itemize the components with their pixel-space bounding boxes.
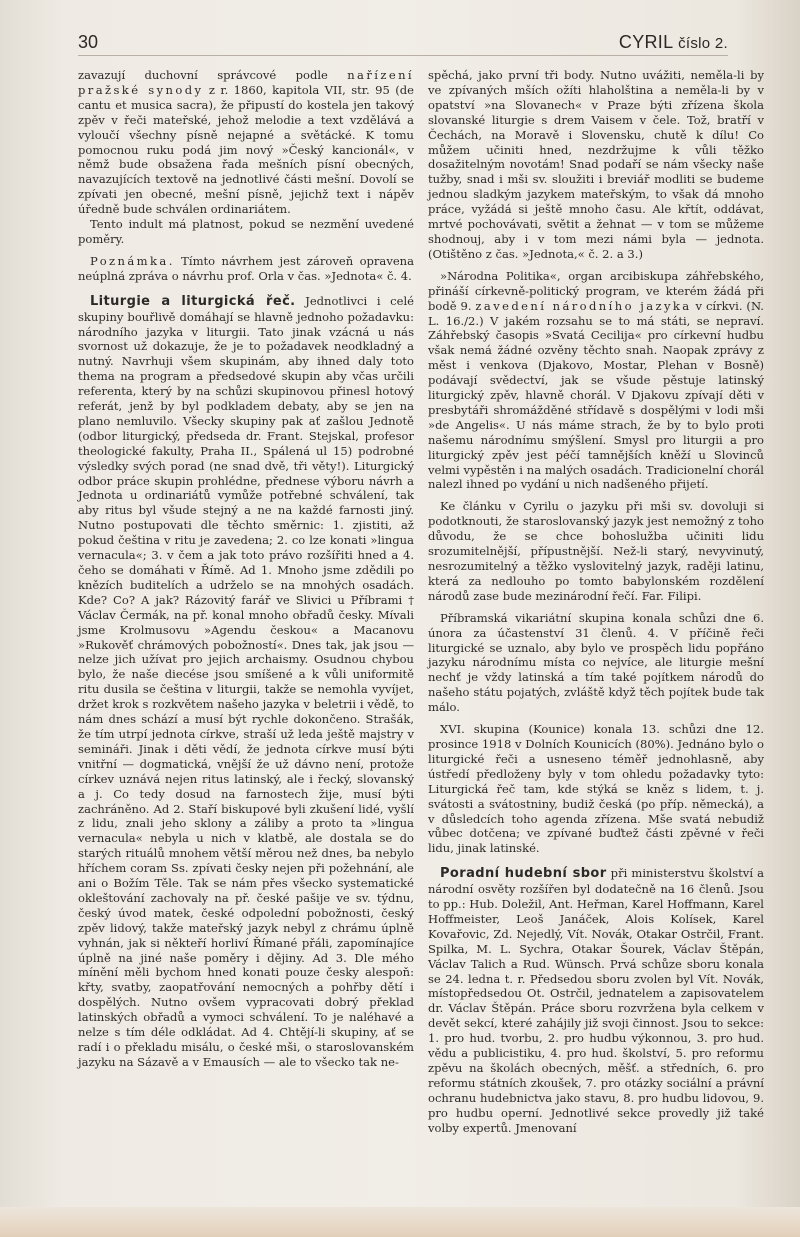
paragraph-note: Poznámka. Tímto návrhem jest zároveň opr… [78,254,414,284]
paragraph-kounice: XVI. skupina (Kounice) konala 13. schůzi… [428,722,764,856]
running-head: CYRIL číslo 2. [619,32,728,53]
paragraph-music-board: Poradní hudební sbor při ministerstvu šk… [428,866,764,1135]
page-bottom-edge [0,1207,800,1237]
note-label: Poznámka. [90,254,175,268]
paragraph-narodna-politika: »Národna Politika«, organ arcibiskupa zá… [428,269,764,493]
paragraph-pribram: Příbramská vikariátní skupina konala sch… [428,611,764,715]
page-number: 30 [78,32,98,53]
emphasized-text: zavedení národního jazyka [475,299,691,313]
text-run: zavazují duchovní správcové podle [78,68,347,82]
issue-label: číslo 2. [678,35,728,52]
text-run: v církvi. (N. L. 16./2.) V jakém rozsahu… [428,299,764,492]
paragraph-liturgy: Liturgie a liturgická řeč. Jednotlivci i… [78,294,414,1070]
page-header: 30 CYRIL číslo 2. [78,30,728,56]
liturgy-text: Jednotlivci i celé skupiny bouřlivě domá… [78,294,414,1069]
header-rule [78,55,728,56]
paragraph-continuation: spěchá, jako první tři body. Nutno uváži… [428,68,764,262]
paragraph-staroslovansky: Ke článku v Cyrilu o jazyku při mši sv. … [428,499,764,603]
journal-name: CYRIL [619,32,673,52]
paragraph-synod: zavazují duchovní správcové podle naříze… [78,68,414,217]
section-heading-music-board: Poradní hudební sbor [440,866,607,881]
paragraph-indult: Tento indult má platnost, pokud se nezmě… [78,217,414,247]
section-heading-liturgy: Liturgie a liturgická řeč. [90,294,296,309]
music-board-text: při ministerstvu školství a národní osvě… [428,866,764,1134]
left-column: zavazují duchovní správcové podle naříze… [78,68,414,1070]
right-column: spěchá, jako první tři body. Nutno uváži… [428,68,764,1136]
text-run: z r. 1860, kapitola VII, str. 95 (de can… [78,83,414,216]
